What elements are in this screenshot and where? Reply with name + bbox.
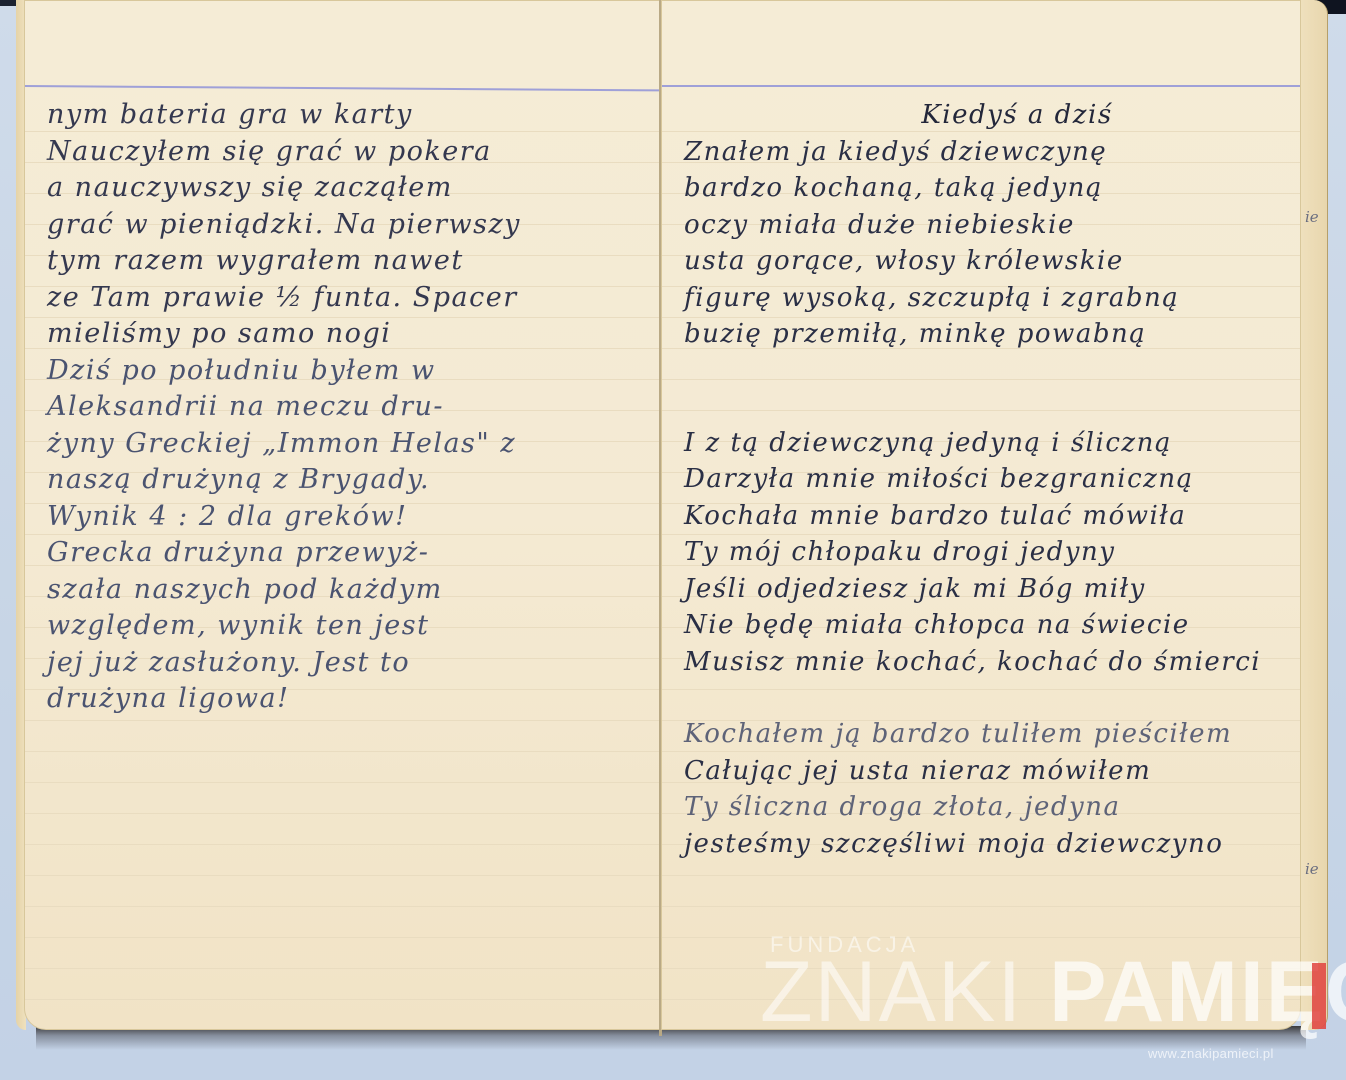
text-line: grać w pieniądzki. Na pierwszy <box>47 207 649 244</box>
left-page-text: nym bateria gra w karty Nauczyłem się gr… <box>47 97 649 718</box>
right-page-stack-edge: ie ie <box>1301 0 1328 1030</box>
poem-line: Musisz mnie kochać, kochać do śmierci <box>684 644 1290 681</box>
text-line: Grecka drużyna przewyż- <box>47 535 649 572</box>
poem-line: Znałem ja kiedyś dziewczynę <box>684 134 1290 171</box>
right-page-text: Kiedyś a dziś Znałem ja kiedyś dziewczyn… <box>684 97 1290 862</box>
poem-line: Jeśli odjedziesz jak mi Bóg miły <box>684 571 1290 608</box>
poem-line: I z tą dziewczyną jedyną i śliczną <box>684 425 1290 462</box>
text-line: względem, wynik ten jest <box>47 608 649 645</box>
poem-line: Ty mój chłopaku drogi jedyny <box>684 534 1290 571</box>
text-line: Nauczyłem się grać w pokera <box>47 134 649 171</box>
poem-line: oczy miała duże niebieskie <box>684 207 1290 244</box>
poem-line: bardzo kochaną, taką jedyną <box>684 170 1290 207</box>
stanza-break <box>684 680 1290 716</box>
watermark-url: www.znakipamieci.pl <box>1148 1046 1274 1061</box>
poem-line: Ty śliczna droga złota, jedyna <box>684 789 1290 826</box>
poem-line: buzię przemiłą, minkę powabną <box>684 316 1290 353</box>
top-blue-rule <box>662 85 1300 87</box>
poem-line: Kochałem ją bardzo tuliłem pieściłem <box>684 716 1290 753</box>
text-line: mieliśmy po samo nogi <box>47 316 649 353</box>
text-line: jej już zasłużony. Jest to <box>47 645 649 682</box>
poem-line: jesteśmy szczęśliwi moja dziewczyno <box>684 826 1290 863</box>
text-line: naszą drużyną z Brygady. <box>47 462 649 499</box>
text-line: a nauczywszy się zacząłem <box>47 170 649 207</box>
poem-line: Darzyła mnie miłości bezgraniczną <box>684 461 1290 498</box>
stanza-break <box>684 353 1290 389</box>
watermark-red-bar <box>1312 963 1326 1029</box>
text-line: ze Tam prawie ½ funta. Spacer <box>47 280 649 317</box>
text-line: szała naszych pod każdym <box>47 572 649 609</box>
poem-line: Całując jej usta nieraz mówiłem <box>684 753 1290 790</box>
text-line: żyny Greckiej „Immon Helas" z <box>47 426 649 463</box>
text-line: Wynik 4 : 2 dla greków! <box>47 499 649 536</box>
open-notebook: nym bateria gra w karty Nauczyłem się gr… <box>16 0 1316 1040</box>
poem-line: Nie będę miała chłopca na świecie <box>684 607 1290 644</box>
text-line: tym razem wygrałem nawet <box>47 243 649 280</box>
text-line: Aleksandrii na meczu dru- <box>47 389 649 426</box>
text-line: drużyna ligowa! <box>47 681 649 718</box>
left-page: nym bateria gra w karty Nauczyłem się gr… <box>24 0 660 1030</box>
text-line: nym bateria gra w karty <box>47 97 649 134</box>
margin-note: ie <box>1305 860 1319 878</box>
margin-note: ie <box>1305 208 1319 226</box>
stanza-break <box>684 389 1290 425</box>
poem-title: Kiedyś a dziś <box>684 97 1290 134</box>
poem-line: figurę wysoką, szczupłą i zgrabną <box>684 280 1290 317</box>
right-page: Kiedyś a dziś Znałem ja kiedyś dziewczyn… <box>661 0 1301 1030</box>
poem-line: Kochała mnie bardzo tulać mówiła <box>684 498 1290 535</box>
poem-line: usta gorące, włosy królewskie <box>684 243 1290 280</box>
text-line: Dziś po południu byłem w <box>47 353 649 390</box>
top-blue-rule <box>25 85 659 91</box>
